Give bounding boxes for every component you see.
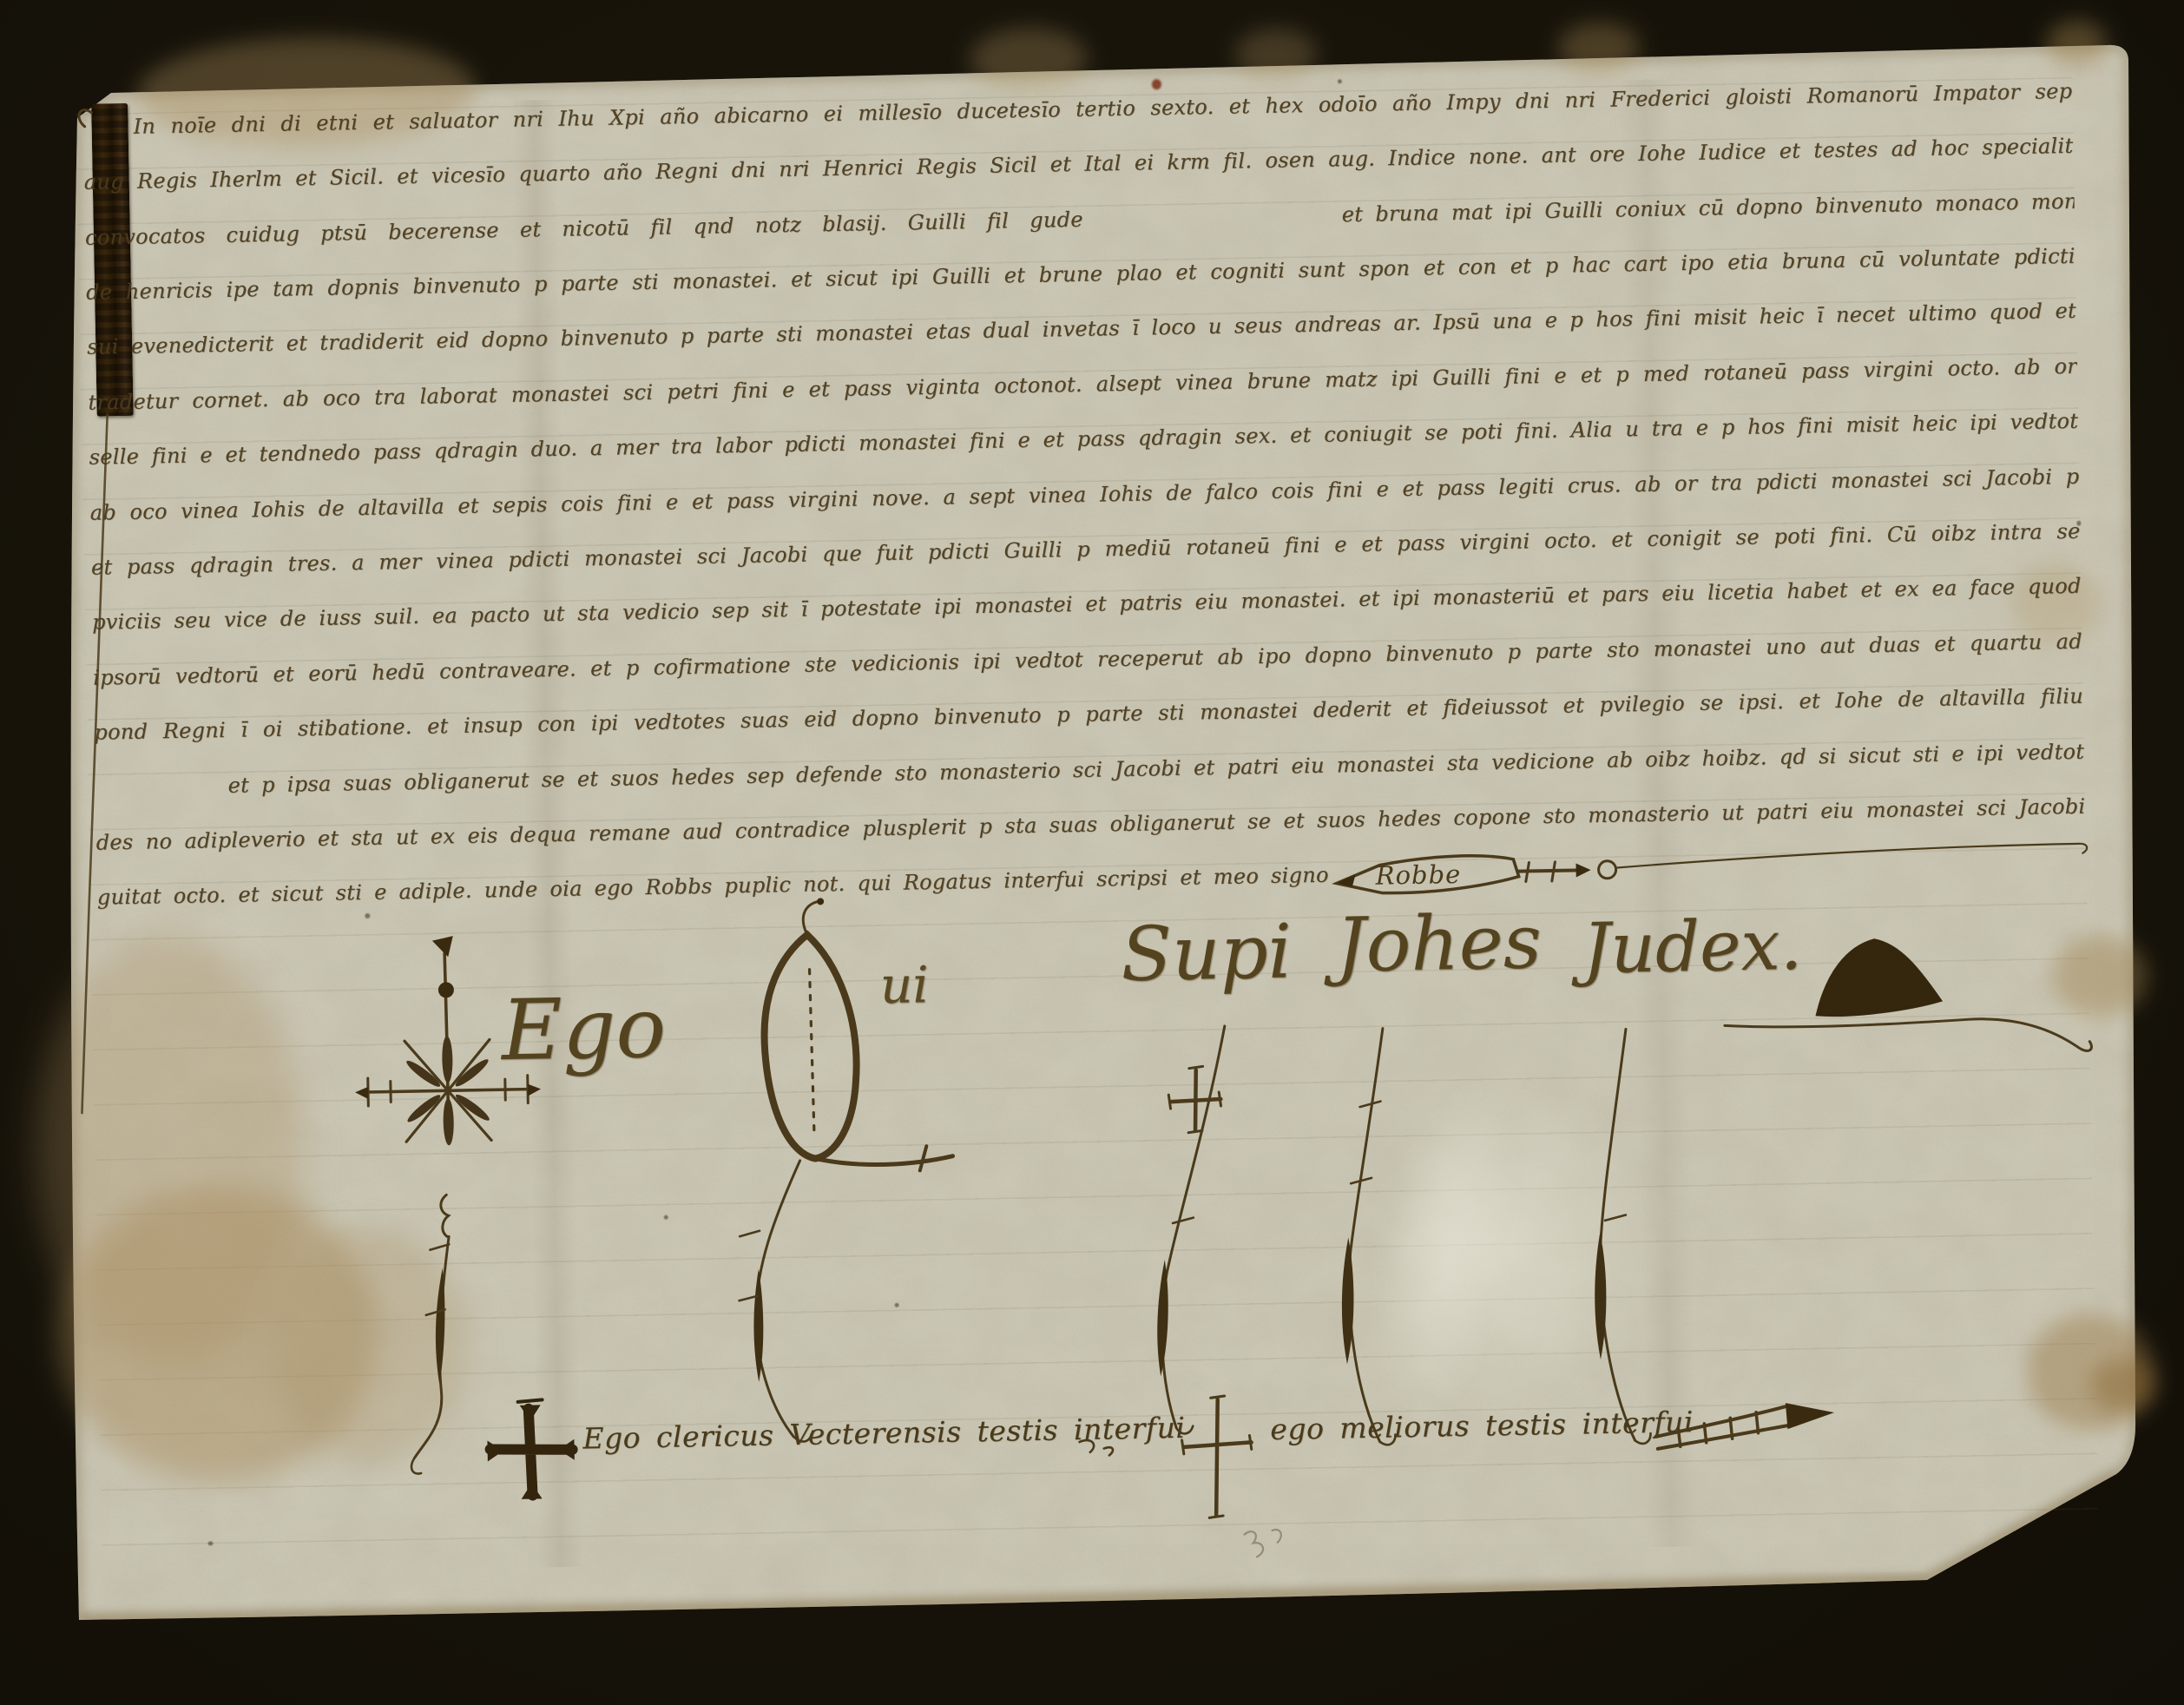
solid-cross-icon bbox=[487, 1399, 576, 1500]
photograph: I In noīe dni di etni et saluator nri Ih… bbox=[0, 0, 2184, 1705]
signature-word: Supi bbox=[1120, 908, 1293, 998]
thin-cross-icon bbox=[1181, 1395, 1253, 1517]
signature-word: ui bbox=[879, 955, 929, 1015]
signature-word: Ego bbox=[501, 979, 667, 1079]
judex-flourish-icon bbox=[1589, 936, 2099, 1445]
signature-word: Judex. bbox=[1582, 905, 1802, 990]
johes-flourish-icon bbox=[1337, 1028, 1396, 1445]
initial-tail bbox=[63, 109, 120, 1113]
notary-name: Robbe bbox=[1375, 859, 1461, 891]
stray-mark bbox=[1244, 1530, 1281, 1557]
supi-flourish-icon bbox=[1152, 1026, 1233, 1434]
charter-content: I In noīe dni di etni et saluator nri Ih… bbox=[0, 0, 2184, 1705]
signature-word: Johes bbox=[1335, 899, 1542, 989]
flourish-layer bbox=[0, 0, 2184, 1705]
